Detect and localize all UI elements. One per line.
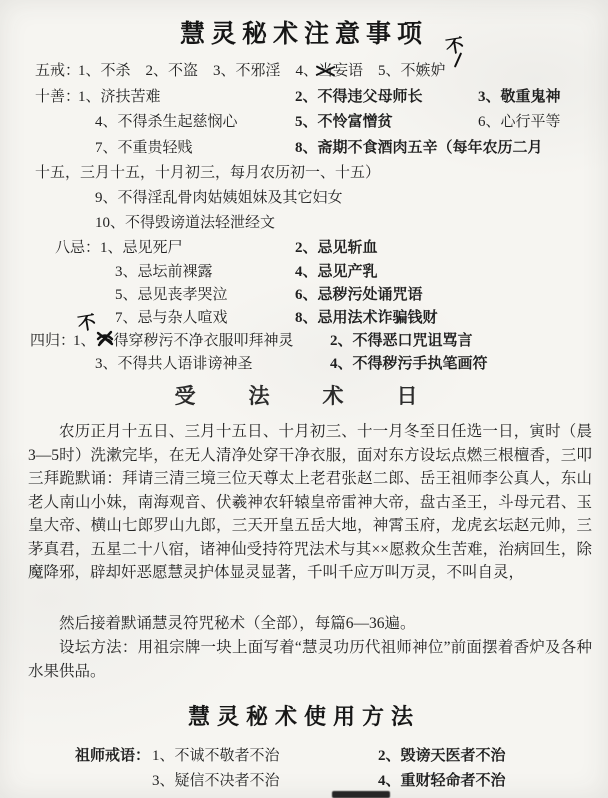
wujie-seg2: 妄语 5、不嫉妒: [333, 63, 446, 79]
shishan-row-1: 十善： 1、济扶苦难 2、不得违父母师长 3、敬重鬼神: [0, 86, 608, 109]
baji-row-2: 3、忌坛前裸露 4、忌见产乳: [0, 261, 608, 284]
baji-row-1: 八忌： 1、忌见死尸 2、忌见斩血: [0, 237, 608, 260]
baji-row-3: 5、忌见丧孝哭泣 6、忌秽污处诵咒语: [0, 284, 608, 307]
wujie-seg1: 1、不杀 2、不盗 3、不邪淫 4、: [78, 63, 318, 79]
list-item: 8、忌用法术诈骗钱财: [295, 307, 438, 329]
shishan-label: 十善：: [35, 86, 80, 108]
list-item: 6、忌秽污处诵咒语: [295, 284, 423, 306]
wujie-label: 五戒：: [35, 60, 80, 82]
shishan-row-3: 7、不重贵轻贱 8、斋期不食酒肉五辛（每年农历二月: [0, 137, 608, 160]
list-item: 3、敬重鬼神: [478, 86, 561, 108]
scribbled-out-character: [96, 330, 114, 354]
recite-paragraph: 然后接着默诵慧灵符咒秘术（全部），每篇6—36遍。: [28, 612, 592, 636]
altar-method-paragraph: 设坛方法：用祖宗牌一块上面写着“慧灵功历代祖师神位”前面摆着香炉及各种水果供品。: [28, 636, 592, 683]
list-item: 5、不怜富憎贫: [295, 111, 393, 133]
zushi-row-2: 3、疑信不决者不治 4、重财轻命者不治: [0, 770, 608, 793]
list-item: 6、心行平等: [478, 111, 561, 133]
list-item: 9、不得淫乱骨肉姑姨姐妹及其它妇女: [95, 187, 343, 209]
list-item: 3、忌坛前裸露: [115, 261, 213, 283]
wujie-row: 五戒： 1、不杀 2、不盗 3、不邪淫 4、当妄语 5、不嫉妒 不: [0, 60, 608, 83]
list-item: 3、不得共人语诽谤神圣: [95, 353, 253, 375]
list-item: 2、忌见斩血: [295, 237, 378, 259]
list-item: 十五，三月十五，十月初三，每月农历初一、十五）: [35, 162, 380, 184]
list-item: 5、忌见丧孝哭泣: [115, 284, 228, 306]
shishan-row-2: 4、不得杀生起慈悯心 5、不怜富憎贫 6、心行平等: [0, 111, 608, 134]
wujie-items: 1、不杀 2、不盗 3、不邪淫 4、当妄语 5、不嫉妒: [78, 60, 446, 82]
list-item: 7、忌与杂人喧戏: [115, 307, 228, 329]
shishan-row-4: 十五，三月十五，十月初三，每月农历初一、十五）: [0, 162, 608, 185]
list-item: 1、济扶苦难: [78, 86, 161, 108]
page-title-notice: 慧灵秘术注意事项: [0, 14, 608, 50]
handwritten-correction-bu: 不: [77, 314, 98, 335]
list-item: 3、疑信不决者不治: [152, 770, 280, 792]
sigui-item-1: 1、得穿秽污不净衣服叩拜神灵: [73, 330, 294, 354]
sigui-label: 四归：: [30, 330, 75, 352]
list-item: 7、不重贵轻贱: [95, 137, 193, 159]
list-item: 4、不得杀生起慈悯心: [95, 111, 238, 133]
list-item: 10、不得毁谤道法轻泄经文: [95, 212, 275, 234]
list-item: 4、不得秽污手执笔画符: [330, 353, 488, 375]
baji-label: 八忌：: [55, 237, 100, 259]
scan-artifact-bar: [332, 791, 390, 798]
list-item: 2、不得违父母师长: [295, 86, 423, 108]
list-item: 2、毁谤天医者不治: [378, 745, 506, 767]
sigui-item-1-text: 得穿秽污不净衣服叩拜神灵: [114, 333, 294, 349]
zushi-label: 祖师戒语：: [75, 745, 150, 767]
list-item: 4、重财轻命者不治: [378, 770, 506, 792]
list-item: 2、不得恶口咒诅骂言: [330, 330, 473, 352]
sigui-row-2: 3、不得共人语诽谤神圣 4、不得秽污手执笔画符: [0, 353, 608, 376]
list-item: 1、不诚不敬者不治: [152, 745, 280, 767]
handwritten-correction-bu: 不: [445, 37, 466, 58]
section-title-method-day: 受 法 术 日: [0, 380, 608, 410]
sigui-row-1: 四归： 1、得穿秽污不净衣服叩拜神灵 2、不得恶口咒诅骂言 不: [0, 330, 608, 353]
zushi-row-1: 祖师戒语： 1、不诚不敬者不治 2、毁谤天医者不治: [0, 745, 608, 768]
shishan-row-6: 10、不得毁谤道法轻泄经文: [0, 212, 608, 235]
scanned-document-page: 慧灵秘术注意事项 五戒： 1、不杀 2、不盗 3、不邪淫 4、当妄语 5、不嫉妒…: [0, 0, 608, 798]
section-title-usage: 慧灵秘术使用方法: [0, 700, 608, 731]
list-item: 1、忌见死尸: [100, 237, 183, 259]
ritual-paragraph: 农历正月十五日、三月十五日、十月初三、十一月冬至日任选一日，寅时（晨3—5时）洗…: [28, 420, 592, 585]
sigui-item-1-number: 1、: [73, 333, 96, 349]
list-item: 8、斋期不食酒肉五辛（每年农历二月: [295, 137, 543, 159]
list-item: 4、忌见产乳: [295, 261, 378, 283]
wujie-crossed-char: 当: [318, 60, 333, 82]
shishan-row-5: 9、不得淫乱骨肉姑姨姐妹及其它妇女: [0, 187, 608, 210]
